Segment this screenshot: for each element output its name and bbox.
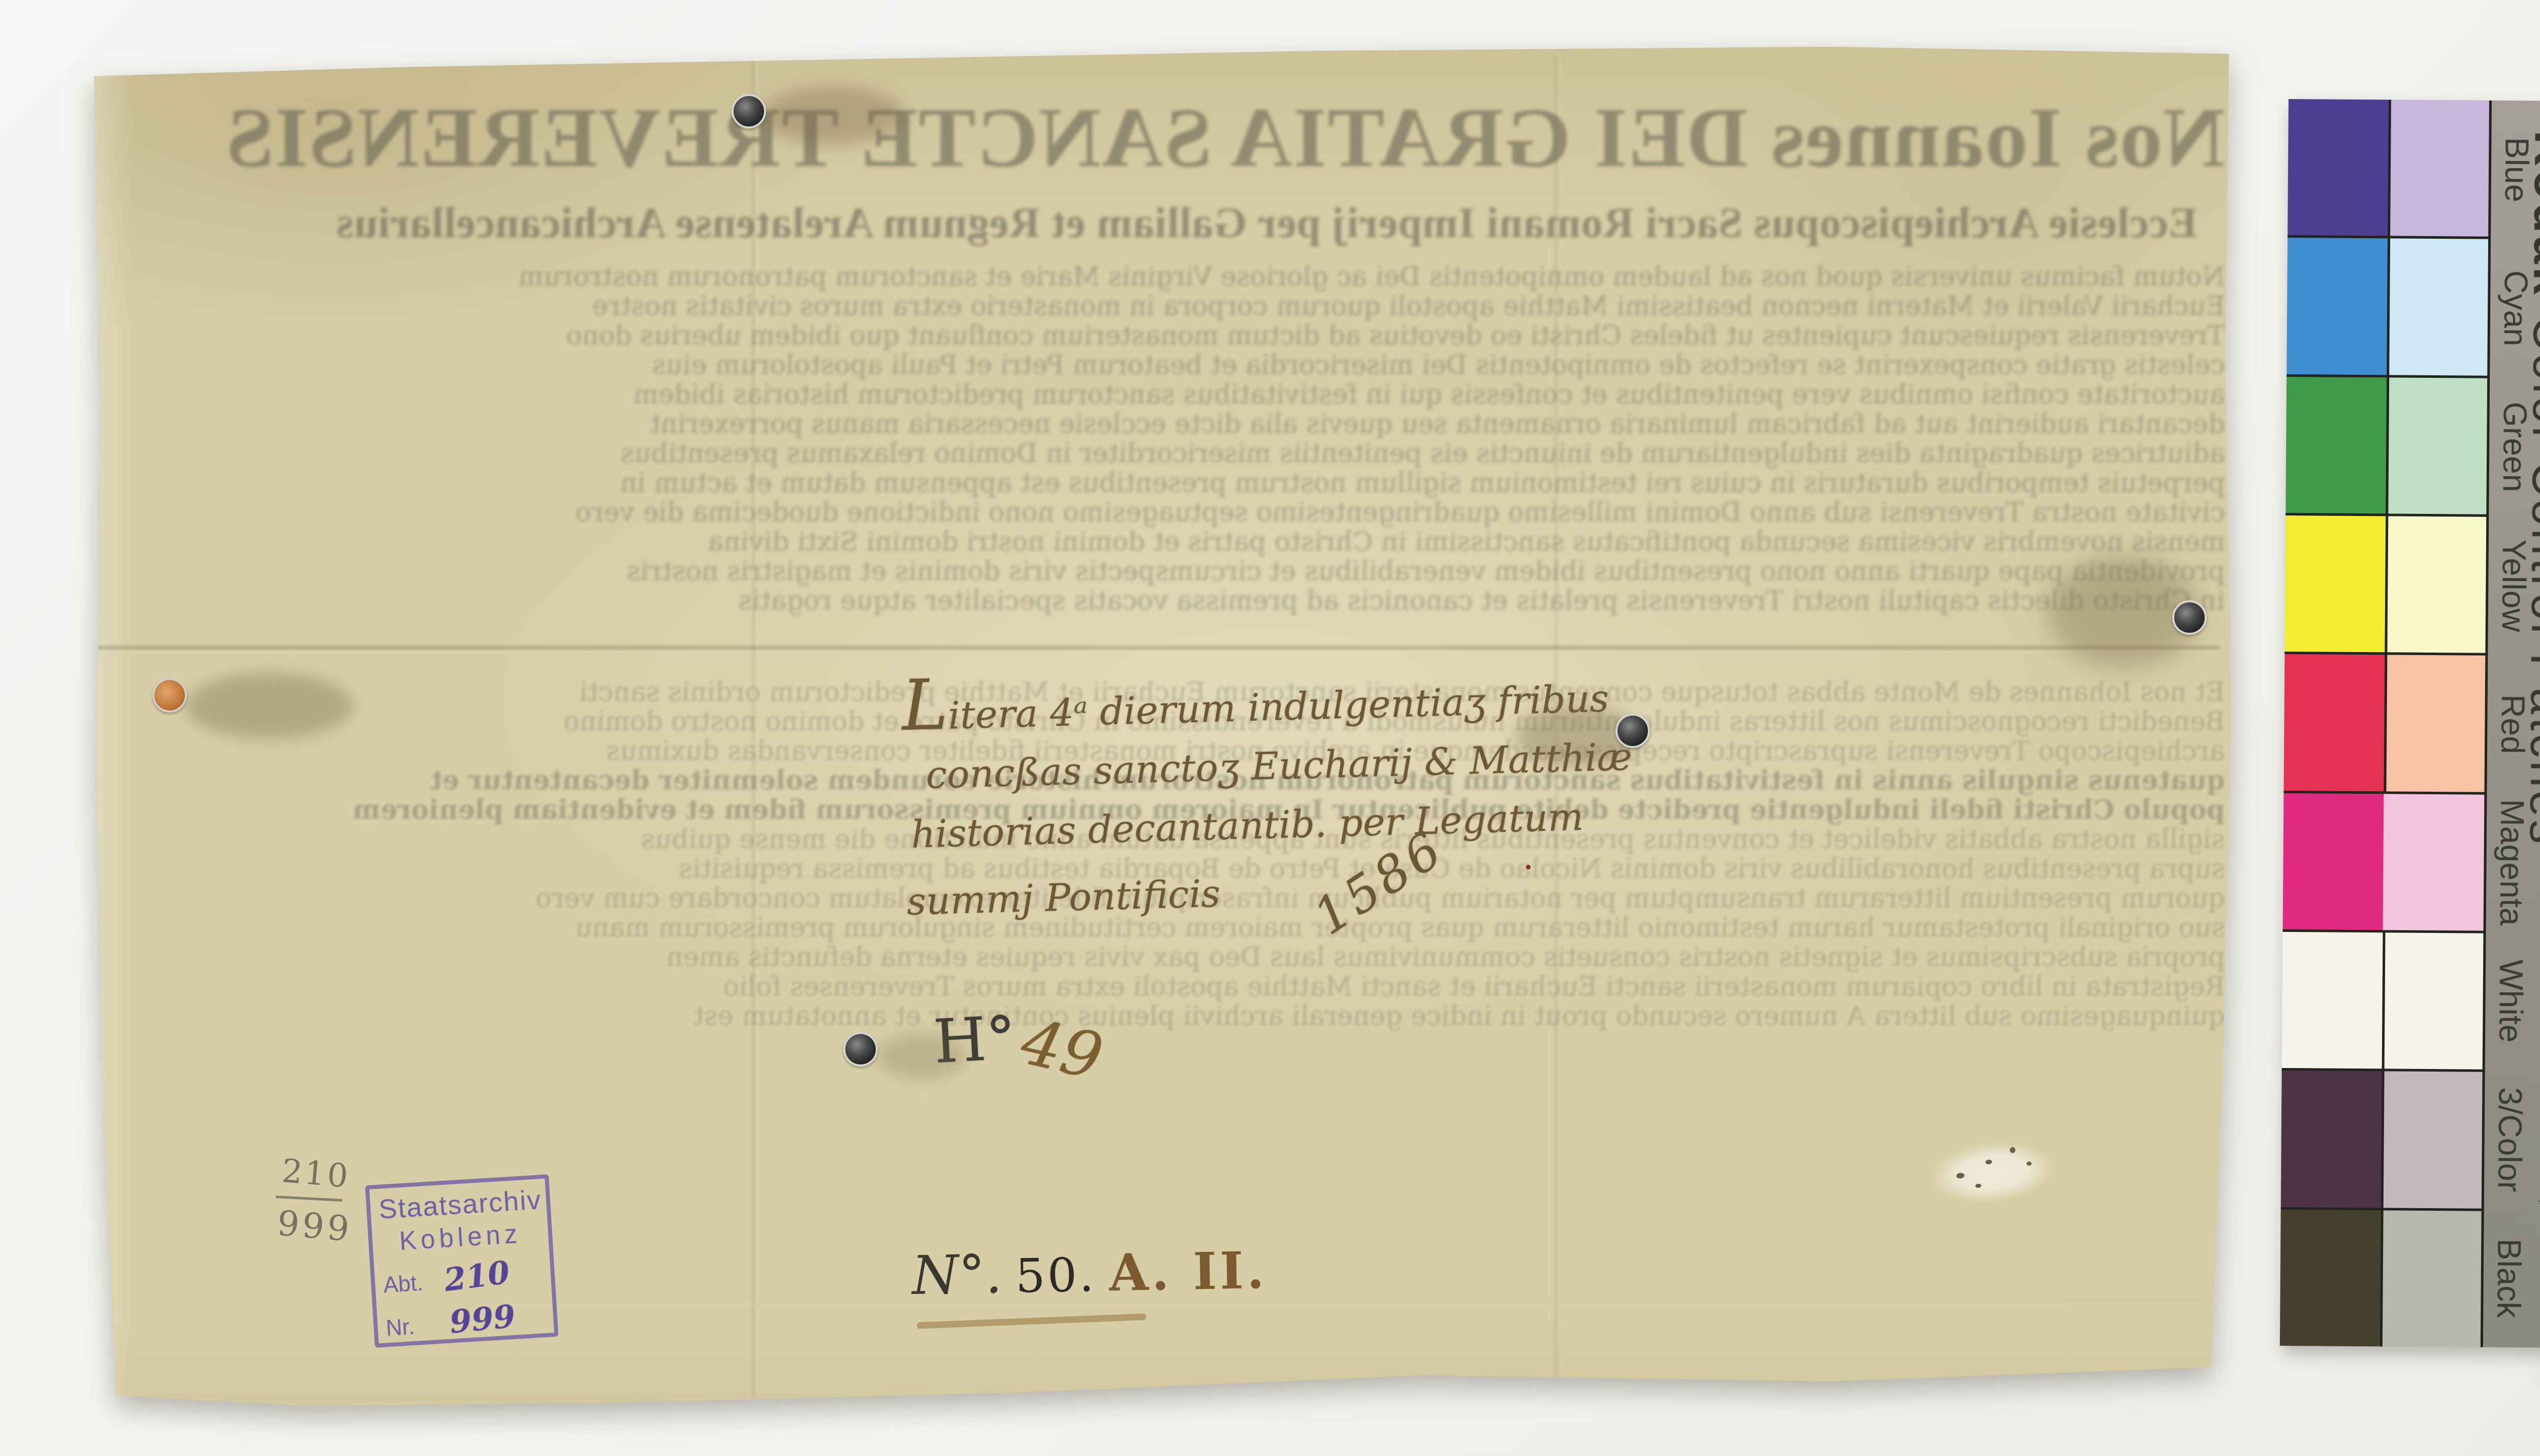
show-through-line: decantari audierint aut ad fabricam lumi… [163, 409, 2225, 439]
parchment-wrap: Nos Ioannes DEI GRATIA SANCTE TREVERENSI… [76, 43, 2240, 1414]
photo-stage: Nos Ioannes DEI GRATIA SANCTE TREVERENSI… [0, 0, 2540, 1456]
show-through-line: Registrata in libro copiarum monasterii … [163, 972, 2225, 1001]
archive-stamp: Staatsarchiv Koblenz Abt. 210 Nr. 999 [365, 1174, 559, 1348]
color-tint-swatch [2380, 1210, 2482, 1347]
color-name-label: 3/Color [2491, 1087, 2529, 1192]
kodak-brand: Kodak [2523, 130, 2540, 298]
stamp-nr-label: Nr. [385, 1314, 415, 1341]
shelfmark-n50: N°.50.A. II. [911, 1239, 1268, 1307]
show-through-subheadline: Ecclesie Archiepiscopus Sacri Romani Imp… [163, 202, 2225, 245]
show-through-line: adiutrices quadraginta dies indulgentiar… [163, 439, 2225, 468]
shelfmark-number: 50. [1015, 1248, 1096, 1304]
show-through-line: mensis novembris vicesima secunda pontif… [163, 527, 2225, 557]
color-patch-row [2285, 377, 2487, 517]
show-through-text-upper: Nos Ioannes DEI GRATIA SANCTE TREVERENSI… [163, 89, 2225, 616]
color-swatch [2285, 377, 2387, 514]
ink-speck [1526, 865, 1531, 869]
archival-annotation: Litera 4ᵃ dierum indulgentiaʒ fribus con… [901, 668, 1644, 931]
stamp-abt-label: Abt. [383, 1271, 424, 1299]
card-title-rest: Color Control Patches [2520, 316, 2540, 847]
pencil-numerator: 210 [280, 1152, 359, 1196]
color-patch-row [2284, 515, 2486, 656]
color-tint-swatch [2384, 655, 2485, 792]
show-through-line: quinquagesimo sub littera A numero secun… [163, 1001, 2225, 1031]
show-through-line: providentia pape quarti anno nono presen… [163, 557, 2225, 586]
damage-speck [2010, 1147, 2016, 1153]
color-patch-row [2283, 654, 2485, 794]
color-swatch [2284, 515, 2386, 653]
color-patch-row [2281, 1071, 2483, 1211]
show-through-headline: Nos Ioannes DEI GRATIA SANCTE TREVERENSI… [163, 89, 2225, 187]
copper-pin [152, 678, 187, 713]
color-tint-swatch [2383, 794, 2485, 931]
metal-pin [843, 1032, 878, 1066]
show-through-line: Treverensis requiescunt cupientes ut fid… [163, 321, 2225, 350]
damage-speck [1956, 1173, 1964, 1179]
color-tint-swatch [2381, 1072, 2483, 1209]
show-through-line: civitate nostra Treverensi sub anno Domi… [163, 498, 2225, 527]
color-tint-swatch [2386, 377, 2487, 514]
pin-shadow [762, 86, 904, 145]
color-tint-swatch [2388, 100, 2489, 237]
pin-shadow [876, 1033, 968, 1079]
row-label-cell: Black [2483, 1209, 2535, 1347]
color-tint-swatch [2382, 932, 2484, 1070]
color-swatch [2287, 238, 2388, 375]
card-label-strip: Blue Cyan Green Yellow Red [2481, 101, 2540, 1348]
pencil-denominator: 999 [275, 1204, 354, 1250]
metal-pin [1615, 714, 1650, 748]
metal-pin [2172, 600, 2207, 635]
color-name-label: Black [2490, 1238, 2528, 1318]
show-through-body: Notum facimus universis quod nos ad laud… [163, 262, 2225, 616]
shelfmark-prefix: N°. [911, 1243, 1003, 1307]
parchment-damage-patch [1922, 1127, 2062, 1211]
card-copyright: © Kodak, 2007 TM: Kodak [2535, 1111, 2540, 1379]
color-patch-row [2282, 932, 2484, 1072]
color-swatch [2281, 1071, 2382, 1208]
parchment-document: Nos Ioannes DEI GRATIA SANCTE TREVERENSI… [76, 43, 2240, 1414]
color-swatch [2283, 654, 2385, 791]
color-patch-row [2288, 99, 2489, 239]
color-patch-row [2280, 1210, 2482, 1347]
color-name-label: White [2492, 959, 2530, 1043]
show-through-line: in Christo dilectis capituli nostri Trev… [163, 586, 2225, 616]
show-through-line: perpetuis temporibus duraturis in cuius … [163, 468, 2225, 498]
metal-pin [732, 94, 766, 128]
shelfmark-suffix: A. II. [1108, 1240, 1268, 1303]
pencil-fraction-line [275, 1195, 342, 1202]
color-tint-swatch [2387, 239, 2488, 376]
show-through-line: auctoritate confisi omnibus vere peniten… [163, 380, 2225, 409]
color-swatch [2283, 793, 2384, 930]
color-swatch [2288, 99, 2389, 236]
stamp-abt-value: 210 [442, 1253, 512, 1299]
color-patch-row [2287, 238, 2488, 378]
show-through-line: propria subscripsimus et signetis nostri… [163, 943, 2225, 972]
horizontal-fold-crease [91, 645, 2220, 653]
damage-speck [1985, 1159, 1992, 1164]
pin-shadow [185, 673, 353, 739]
pencil-signature: 210 999 [275, 1152, 358, 1250]
color-swatch [2282, 932, 2383, 1069]
color-patch-row [2283, 793, 2485, 933]
row-label-cell: 3/Color [2484, 1070, 2536, 1209]
stamp-nr-value: 999 [448, 1298, 517, 1341]
show-through-line: Notum facimus universis quod nos ad laud… [163, 262, 2225, 292]
kodak-color-card: Blue Cyan Green Yellow Red [2280, 99, 2540, 1348]
row-label-cell: White [2485, 931, 2537, 1070]
color-tint-swatch [2385, 516, 2486, 653]
show-through-line: Eucharii Valerii et Materni necnon beati… [163, 292, 2225, 321]
color-swatch [2280, 1210, 2381, 1347]
shelfmark-underline [917, 1313, 1147, 1329]
show-through-line: celestis gratie conspexerint se refectos… [163, 350, 2225, 380]
damage-speck [1975, 1183, 1982, 1188]
shelfmark-number: 49 [1014, 1005, 1109, 1094]
horizontal-fold-crease [493, 1300, 2200, 1305]
color-patch-area [2280, 99, 2489, 1347]
damage-speck [2026, 1161, 2032, 1166]
